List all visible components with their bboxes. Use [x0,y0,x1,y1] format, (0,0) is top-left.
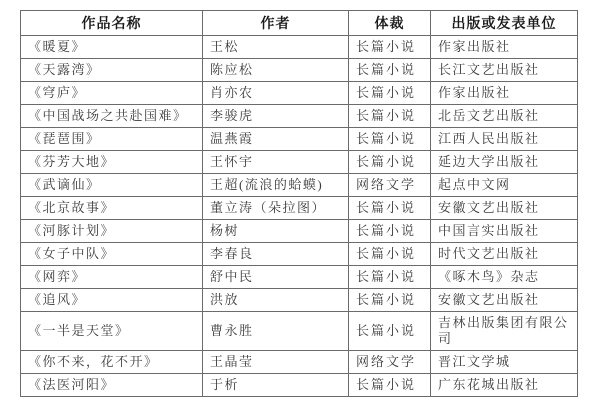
table-row: 《武谪仙》王超(流浪的蛤蟆)网络文学起点中文网 [21,174,578,197]
cell-publisher: 北岳文艺出版社 [431,105,578,128]
works-table: 作品名称作者体裁出版或发表单位 《暖夏》王松长篇小说作家出版社《天露湾》陈应松长… [20,10,578,397]
cell-work-title: 《河豚计划》 [21,220,203,243]
cell-work-title: 《女子中队》 [21,243,203,266]
cell-author: 肖亦农 [203,82,349,105]
cell-genre: 长篇小说 [349,312,431,351]
table-row: 《中国战场之共赴国难》李骏虎长篇小说北岳文艺出版社 [21,105,578,128]
cell-publisher: 作家出版社 [431,82,578,105]
table-row: 《你不来，花不开》王晶莹网络文学晋江文学城 [21,351,578,374]
table-row: 《一半是天堂》曹永胜长篇小说吉林出版集团有限公司 [21,312,578,351]
table-row: 《暖夏》王松长篇小说作家出版社 [21,36,578,59]
cell-work-title: 《中国战场之共赴国难》 [21,105,203,128]
cell-author: 王怀宇 [203,151,349,174]
cell-author: 王松 [203,36,349,59]
table-row: 《天露湾》陈应松长篇小说长江文艺出版社 [21,59,578,82]
table-row: 《网弈》舒中民长篇小说《啄木鸟》杂志 [21,266,578,289]
cell-author: 李春良 [203,243,349,266]
cell-work-title: 《芬芳大地》 [21,151,203,174]
cell-author: 温燕霞 [203,128,349,151]
cell-genre: 长篇小说 [349,243,431,266]
cell-work-title: 《网弈》 [21,266,203,289]
cell-work-title: 《武谪仙》 [21,174,203,197]
cell-publisher: 晋江文学城 [431,351,578,374]
cell-work-title: 《琵琶围》 [21,128,203,151]
cell-genre: 长篇小说 [349,289,431,312]
cell-genre: 长篇小说 [349,220,431,243]
table-row: 《河豚计划》杨树长篇小说中国言实出版社 [21,220,578,243]
cell-author: 于析 [203,374,349,397]
cell-publisher: 广东花城出版社 [431,374,578,397]
cell-genre: 网络文学 [349,174,431,197]
cell-work-title: 《北京故事》 [21,197,203,220]
cell-work-title: 《天露湾》 [21,59,203,82]
table-row: 《追风》洪放长篇小说安徽文艺出版社 [21,289,578,312]
table-row: 《芬芳大地》王怀宇长篇小说延边大学出版社 [21,151,578,174]
cell-author: 王晶莹 [203,351,349,374]
cell-genre: 长篇小说 [349,59,431,82]
cell-publisher: 长江文艺出版社 [431,59,578,82]
cell-publisher: 延边大学出版社 [431,151,578,174]
cell-genre: 网络文学 [349,351,431,374]
cell-work-title: 《法医河阳》 [21,374,203,397]
cell-publisher: 中国言实出版社 [431,220,578,243]
cell-work-title: 《暖夏》 [21,36,203,59]
cell-author: 洪放 [203,289,349,312]
cell-genre: 长篇小说 [349,128,431,151]
cell-genre: 长篇小说 [349,36,431,59]
works-table-container: 作品名称作者体裁出版或发表单位 《暖夏》王松长篇小说作家出版社《天露湾》陈应松长… [20,10,578,397]
column-header-author: 作者 [203,11,349,36]
cell-work-title: 《追风》 [21,289,203,312]
column-header-publisher: 出版或发表单位 [431,11,578,36]
cell-work-title: 《你不来，花不开》 [21,351,203,374]
cell-author: 董立涛（朵拉图） [203,197,349,220]
cell-author: 陈应松 [203,59,349,82]
cell-publisher: 《啄木鸟》杂志 [431,266,578,289]
cell-author: 李骏虎 [203,105,349,128]
cell-author: 王超(流浪的蛤蟆) [203,174,349,197]
table-body: 《暖夏》王松长篇小说作家出版社《天露湾》陈应松长篇小说长江文艺出版社《穹庐》肖亦… [21,36,578,397]
cell-genre: 长篇小说 [349,151,431,174]
table-row: 《北京故事》董立涛（朵拉图）长篇小说安徽文艺出版社 [21,197,578,220]
cell-genre: 长篇小说 [349,197,431,220]
table-header-row: 作品名称作者体裁出版或发表单位 [21,11,578,36]
cell-publisher: 时代文艺出版社 [431,243,578,266]
cell-publisher: 安徽文艺出版社 [431,197,578,220]
cell-publisher: 江西人民出版社 [431,128,578,151]
cell-genre: 长篇小说 [349,82,431,105]
cell-work-title: 《一半是天堂》 [21,312,203,351]
cell-publisher: 安徽文艺出版社 [431,289,578,312]
cell-author: 舒中民 [203,266,349,289]
column-header-title: 作品名称 [21,11,203,36]
cell-genre: 长篇小说 [349,374,431,397]
cell-publisher: 作家出版社 [431,36,578,59]
cell-publisher: 起点中文网 [431,174,578,197]
cell-publisher: 吉林出版集团有限公司 [431,312,578,351]
table-row: 《女子中队》李春良长篇小说时代文艺出版社 [21,243,578,266]
table-row: 《琵琶围》温燕霞长篇小说江西人民出版社 [21,128,578,151]
cell-genre: 长篇小说 [349,105,431,128]
table-row: 《穹庐》肖亦农长篇小说作家出版社 [21,82,578,105]
cell-work-title: 《穹庐》 [21,82,203,105]
cell-author: 曹永胜 [203,312,349,351]
table-row: 《法医河阳》于析长篇小说广东花城出版社 [21,374,578,397]
cell-genre: 长篇小说 [349,266,431,289]
cell-author: 杨树 [203,220,349,243]
column-header-genre: 体裁 [349,11,431,36]
